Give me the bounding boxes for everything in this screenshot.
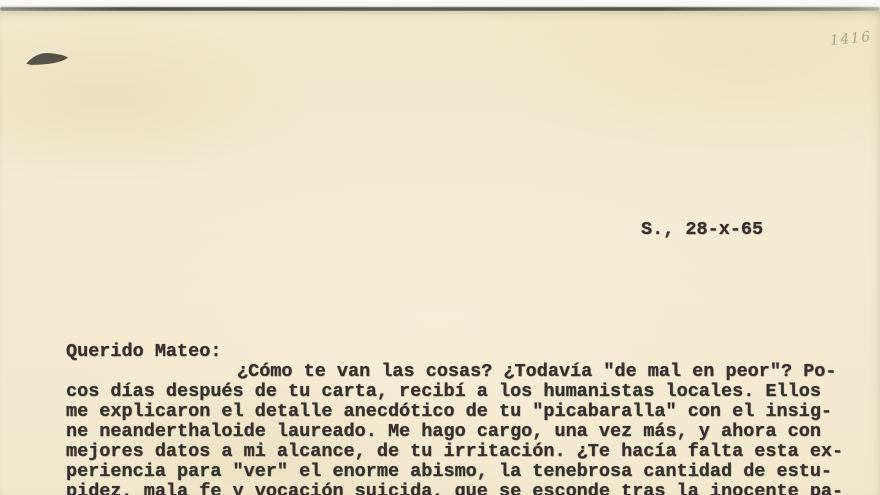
- letter-salutation: Querido Mateo:: [66, 342, 872, 362]
- letter-line: periencia para "ver" el enorme abismo, l…: [66, 462, 872, 482]
- letter-date: S., 28-x-65: [641, 219, 763, 241]
- letter-line: ¿Cómo te van las cosas? ¿Todavía "de mal…: [66, 362, 872, 382]
- letter-line: pidez, mala fe y vocación suicida, que s…: [66, 482, 872, 495]
- letter-line: me explicaron el detalle anecdótico de t…: [66, 402, 872, 422]
- scanned-letter-page: 1416 S., 28-x-65 Querido Mateo: ¿Cómo te…: [0, 0, 880, 495]
- letter-body: ¿Cómo te van las cosas? ¿Todavía "de mal…: [66, 362, 872, 495]
- handwritten-page-number: 1416: [830, 29, 873, 49]
- letter-textblock: Querido Mateo: ¿Cómo te van las cosas? ¿…: [66, 342, 872, 495]
- letter-paper: 1416 S., 28-x-65 Querido Mateo: ¿Cómo te…: [0, 11, 880, 495]
- letter-line: ne neanderthaloide laureado. Me hago car…: [66, 422, 872, 442]
- letter-line: cos días después de tu carta, recibí a l…: [66, 382, 872, 402]
- ink-smudge-mark: [24, 45, 72, 73]
- letter-line: mejores datos a mi alcance, de tu irrita…: [66, 442, 872, 462]
